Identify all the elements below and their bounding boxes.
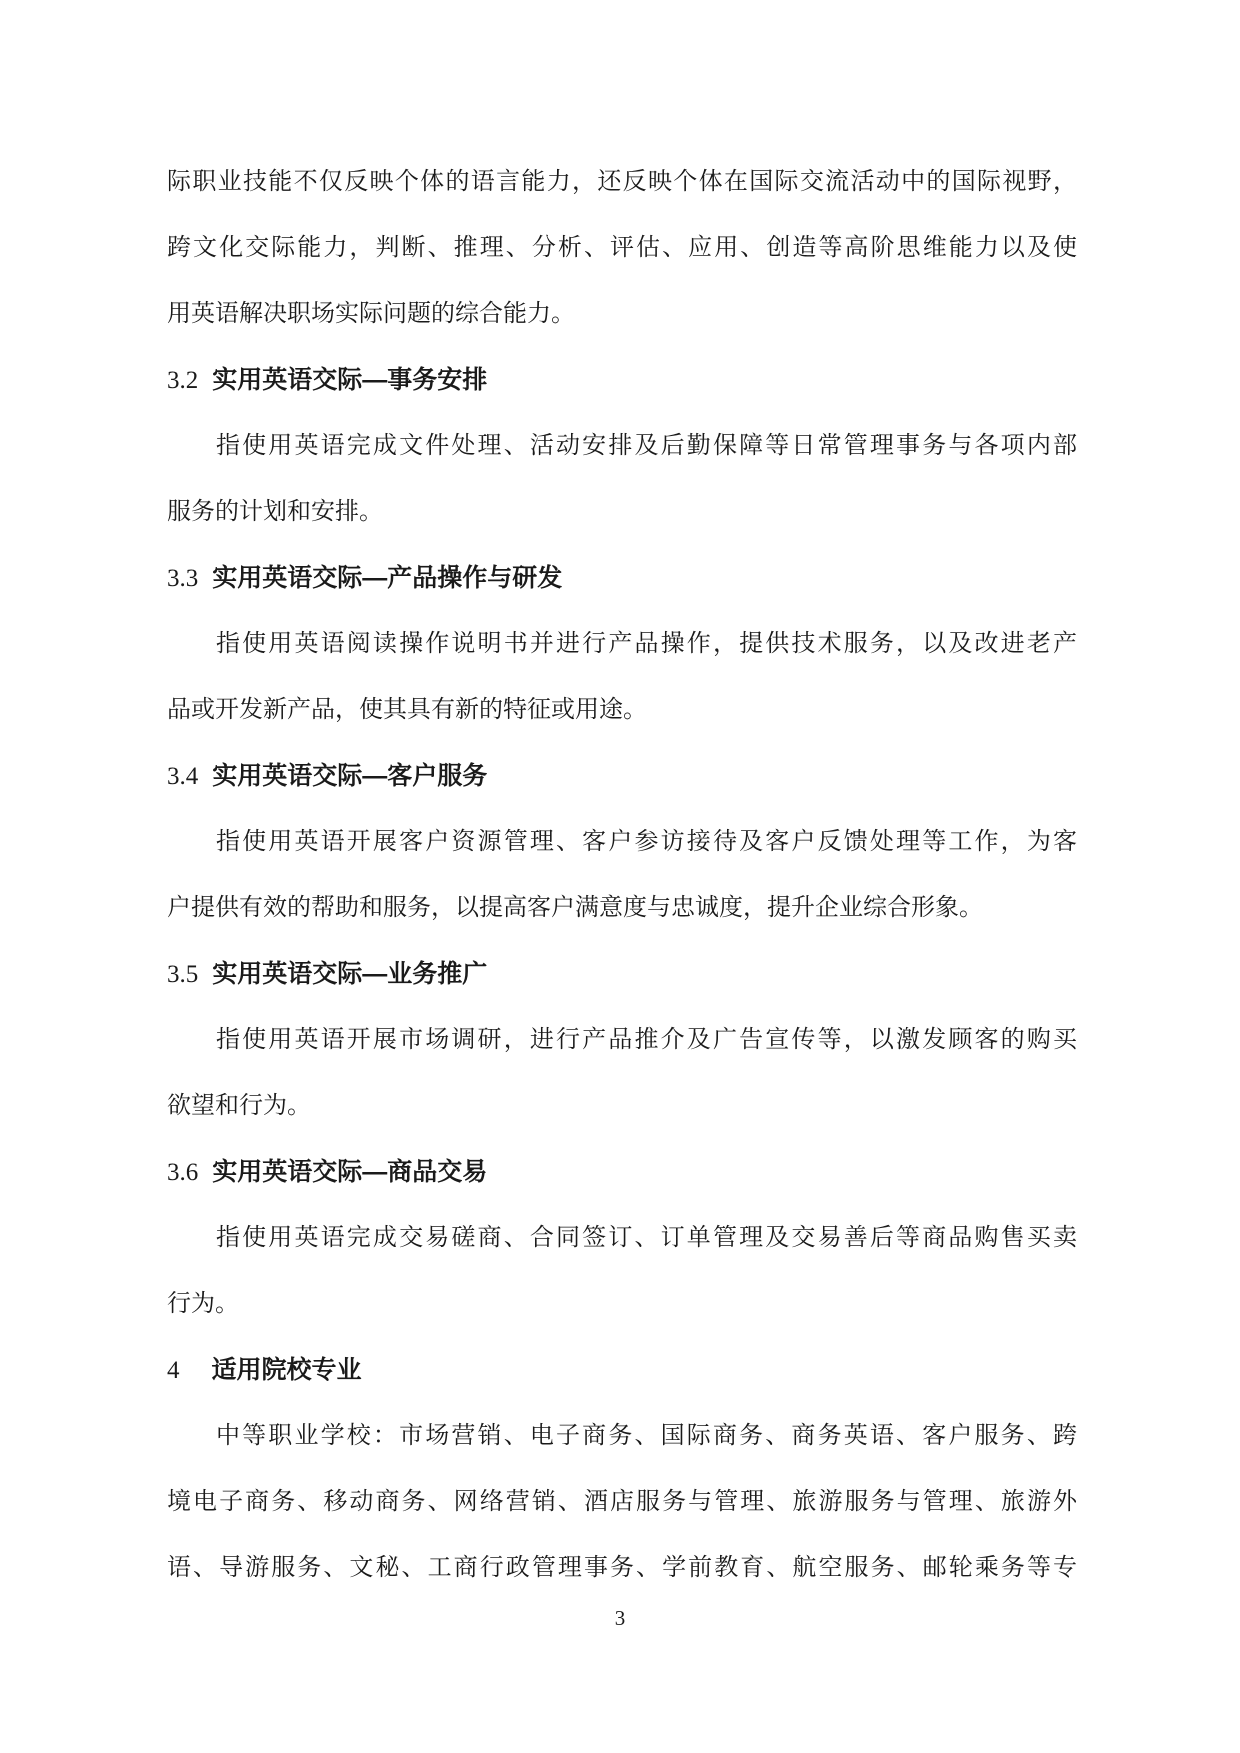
section-title: 适用院校专业 xyxy=(212,1356,362,1384)
section-heading-3-3: 3.3实用英语交际—产品操作与研发 xyxy=(167,545,1077,611)
body-line: 欲望和行为。 xyxy=(167,1073,1077,1139)
body-line: 指使用英语开展市场调研，进行产品推介及广告宣传等，以激发顾客的购买 xyxy=(167,1007,1077,1073)
page-number: 3 xyxy=(0,1585,1240,1651)
section-title: 实用英语交际—业务推广 xyxy=(212,960,487,988)
body-line: 品或开发新产品，使其具有新的特征或用途。 xyxy=(167,677,1077,743)
section-number: 3.3 xyxy=(167,565,198,592)
section-title: 实用英语交际—客户服务 xyxy=(212,762,487,790)
body-line: 指使用英语完成交易磋商、合同签订、订单管理及交易善后等商品购售买卖 xyxy=(167,1205,1077,1271)
body-line: 中等职业学校：市场营销、电子商务、国际商务、商务英语、客户服务、跨 xyxy=(167,1403,1077,1469)
body-line: 境电子商务、移动商务、网络营销、酒店服务与管理、旅游服务与管理、旅游外 xyxy=(167,1469,1077,1535)
section-title: 实用英语交际—事务安排 xyxy=(212,366,487,394)
section-number: 3.6 xyxy=(167,1159,198,1186)
body-line: 户提供有效的帮助和服务，以提高客户满意度与忠诚度，提升企业综合形象。 xyxy=(167,875,1077,941)
section-number: 3.4 xyxy=(167,763,198,790)
body-line: 用英语解决职场实际问题的综合能力。 xyxy=(167,281,1077,347)
document-body: 际职业技能不仅反映个体的语言能力，还反映个体在国际交流活动中的国际视野， 跨文化… xyxy=(167,149,1077,1601)
section-number: 3.5 xyxy=(167,961,198,988)
section-title: 实用英语交际—产品操作与研发 xyxy=(212,564,562,592)
section-heading-3-6: 3.6实用英语交际—商品交易 xyxy=(167,1139,1077,1205)
section-heading-3-4: 3.4实用英语交际—客户服务 xyxy=(167,743,1077,809)
section-number: 4 xyxy=(167,1357,180,1384)
body-line: 际职业技能不仅反映个体的语言能力，还反映个体在国际交流活动中的国际视野， xyxy=(167,149,1077,215)
body-line: 跨文化交际能力，判断、推理、分析、评估、应用、创造等高阶思维能力以及使 xyxy=(167,215,1077,281)
body-line: 服务的计划和安排。 xyxy=(167,479,1077,545)
section-heading-3-5: 3.5实用英语交际—业务推广 xyxy=(167,941,1077,1007)
body-line: 指使用英语阅读操作说明书并进行产品操作，提供技术服务，以及改进老产 xyxy=(167,611,1077,677)
section-heading-3-2: 3.2实用英语交际—事务安排 xyxy=(167,347,1077,413)
document-page: 际职业技能不仅反映个体的语言能力，还反映个体在国际交流活动中的国际视野， 跨文化… xyxy=(0,0,1240,1753)
section-number: 3.2 xyxy=(167,367,198,394)
body-line: 行为。 xyxy=(167,1271,1077,1337)
body-line: 指使用英语开展客户资源管理、客户参访接待及客户反馈处理等工作，为客 xyxy=(167,809,1077,875)
body-line: 指使用英语完成文件处理、活动安排及后勤保障等日常管理事务与各项内部 xyxy=(167,413,1077,479)
section-title: 实用英语交际—商品交易 xyxy=(212,1158,487,1186)
section-heading-4: 4适用院校专业 xyxy=(167,1337,1077,1403)
